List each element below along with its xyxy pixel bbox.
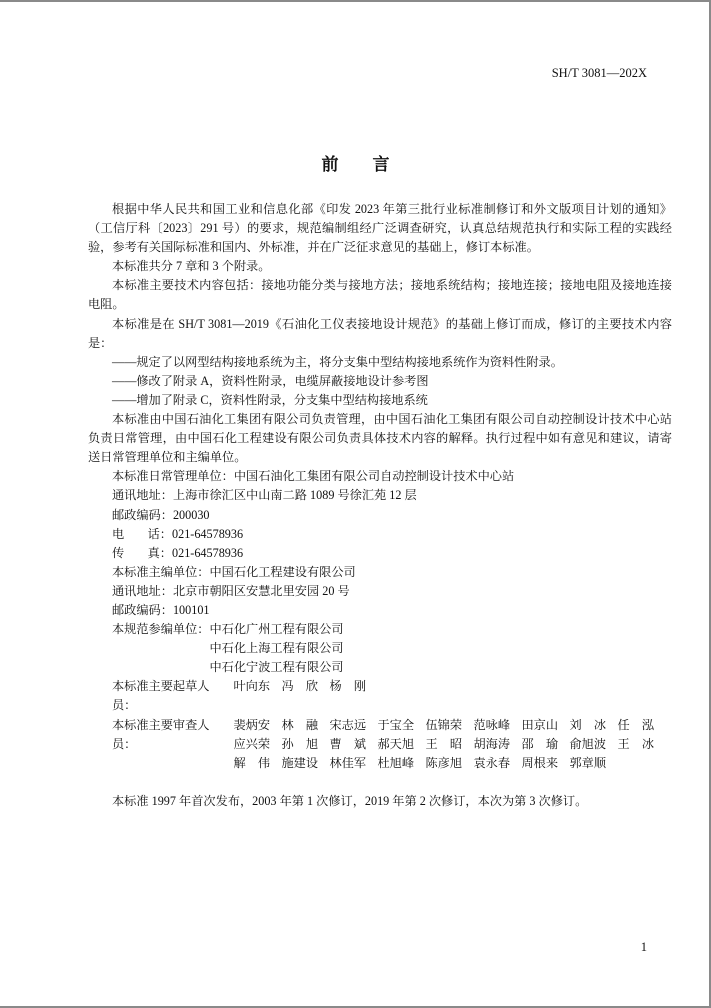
document-page: SH/T 3081—202X 前言 根据中华人民共和国工业和信息化部《印发 20…: [0, 0, 711, 1008]
reviewer-name: 周根来: [521, 754, 567, 773]
change-item: ——修改了附录 A，资料性附录，电缆屏蔽接地设计参考图: [88, 372, 672, 391]
management-postcode-row: 邮政编码： 200030: [88, 506, 672, 525]
postcode-label: 邮政编码：: [112, 506, 173, 525]
fax-label: 传真：: [112, 544, 172, 563]
participating-units-list: 中石化广州工程有限公司 中石化上海工程有限公司 中石化宁波工程有限公司: [210, 620, 344, 677]
chief-editor-row: 本标准主编单位： 中国石化工程建设有限公司: [88, 563, 672, 582]
reviewer-name: 田京山: [521, 716, 567, 735]
postcode-value: 100101: [173, 601, 210, 620]
paragraph-basis: 根据中华人民共和国工业和信息化部《印发 2023 年第三批行业标准制修订和外文版…: [88, 200, 672, 257]
title-char-1: 前: [322, 150, 339, 175]
management-unit-row: 本标准日常管理单位： 中国石油化工集团有限公司自动控制设计技术中心站: [88, 467, 672, 486]
phone-label: 电话：: [112, 525, 172, 544]
management-unit-value: 中国石油化工集团有限公司自动控制设计技术中心站: [234, 467, 514, 486]
reviewer-name: 裴炳安: [233, 716, 279, 735]
chief-editor-postcode-row: 邮政编码： 100101: [88, 601, 672, 620]
participating-units-row: 本规范参编单位： 中石化广州工程有限公司 中石化上海工程有限公司 中石化宁波工程…: [88, 620, 672, 677]
drafters-row: 本标准主要起草人员： 叶向东 冯 欣 杨 刚: [88, 677, 672, 715]
phone-row: 电话： 021-64578936: [88, 525, 672, 544]
reviewer-name: 刘 冰: [569, 716, 615, 735]
paragraph-main-content: 本标准主要技术内容包括：接地功能分类与接地方法；接地系统结构；接地连接；接地电阻…: [88, 276, 672, 314]
address-label: 通讯地址：: [112, 486, 173, 505]
drafter-name: 冯 欣: [281, 677, 327, 715]
reviewer-name: 王 冰: [617, 735, 663, 754]
reviewer-name: 于宝全: [377, 716, 423, 735]
paragraph-structure: 本标准共分 7 章和 3 个附录。: [88, 257, 672, 276]
reviewer-name: 曹 斌: [329, 735, 375, 754]
foreword-body: 根据中华人民共和国工业和信息化部《印发 2023 年第三批行业标准制修订和外文版…: [88, 200, 672, 811]
paragraph-revision: 本标准是在 SH/T 3081—2019《石油化工仪表接地设计规范》的基础上修订…: [88, 315, 672, 353]
page-title: 前言: [0, 150, 711, 175]
reviewers-list: 裴炳安 林 融 宋志远 于宝全 伍锦荣 范咏峰 田京山 刘 冰 任 泓 应兴荣 …: [233, 716, 672, 773]
reviewer-name: 应兴荣: [233, 735, 279, 754]
reviewer-name: 陈彦旭: [425, 754, 471, 773]
fax-row: 传真： 021-64578936: [88, 544, 672, 563]
reviewers-label: 本标准主要审查人员：: [112, 716, 233, 773]
change-item: ——增加了附录 C，资料性附录，分支集中型结构接地系统: [88, 391, 672, 410]
reviewer-name: 王 昭: [425, 735, 471, 754]
reviewer-name: 郭章顺: [569, 754, 615, 773]
drafters-label: 本标准主要起草人员：: [112, 677, 233, 715]
participating-unit: 中石化上海工程有限公司: [210, 639, 344, 658]
reviewer-name: 宋志远: [329, 716, 375, 735]
title-char-2: 言: [373, 150, 390, 175]
reviewer-name: 解 伟: [233, 754, 279, 773]
paragraph-history: 本标准 1997 年首次发布，2003 年第 1 次修订，2019 年第 2 次…: [88, 792, 672, 811]
chief-editor-value: 中国石化工程建设有限公司: [210, 563, 356, 582]
reviewer-name: 邵 瑜: [521, 735, 567, 754]
postcode-label: 邮政编码：: [112, 601, 173, 620]
participating-units-label: 本规范参编单位：: [112, 620, 210, 677]
reviewer-name: 任 泓: [617, 716, 663, 735]
reviewer-name: 林佳军: [329, 754, 375, 773]
address-value: 上海市徐汇区中山南二路 1089 号徐汇苑 12 层: [173, 486, 417, 505]
chief-editor-label: 本标准主编单位：: [112, 563, 210, 582]
reviewer-name: 林 融: [281, 716, 327, 735]
reviewer-name: 俞旭波: [569, 735, 615, 754]
reviewer-name: 施建设: [281, 754, 327, 773]
reviewer-name: 孙 旭: [281, 735, 327, 754]
reviewer-name: 杜旭峰: [377, 754, 423, 773]
drafter-name: 杨 刚: [329, 677, 375, 715]
reviewers-row: 本标准主要审查人员： 裴炳安 林 融 宋志远 于宝全 伍锦荣 范咏峰 田京山 刘…: [88, 716, 672, 773]
reviewer-name: 伍锦荣: [425, 716, 471, 735]
drafter-name: 叶向东: [233, 677, 279, 715]
participating-unit: 中石化宁波工程有限公司: [210, 658, 344, 677]
management-address-row: 通讯地址： 上海市徐汇区中山南二路 1089 号徐汇苑 12 层: [88, 486, 672, 505]
page-number: 1: [641, 940, 647, 955]
address-value: 北京市朝阳区安慧北里安园 20 号: [173, 582, 350, 601]
chief-editor-address-row: 通讯地址： 北京市朝阳区安慧北里安园 20 号: [88, 582, 672, 601]
standard-code-header: SH/T 3081—202X: [552, 66, 647, 81]
reviewer-name: 胡海涛: [473, 735, 519, 754]
reviewer-name: 袁永春: [473, 754, 519, 773]
postcode-value: 200030: [173, 506, 210, 525]
blank-line: [88, 773, 672, 792]
participating-unit: 中石化广州工程有限公司: [210, 620, 344, 639]
fax-value: 021-64578936: [172, 544, 243, 563]
management-unit-label: 本标准日常管理单位：: [112, 467, 234, 486]
reviewer-name: 范咏峰: [473, 716, 519, 735]
address-label: 通讯地址：: [112, 582, 173, 601]
drafters-list: 叶向东 冯 欣 杨 刚: [233, 677, 672, 715]
reviewer-name: 郝天旭: [377, 735, 423, 754]
phone-value: 021-64578936: [172, 525, 243, 544]
change-item: ——规定了以网型结构接地系统为主，将分支集中型结构接地系统作为资料性附录。: [88, 353, 672, 372]
paragraph-management: 本标准由中国石油化工集团有限公司负责管理，由中国石油化工集团有限公司自动控制设计…: [88, 410, 672, 467]
